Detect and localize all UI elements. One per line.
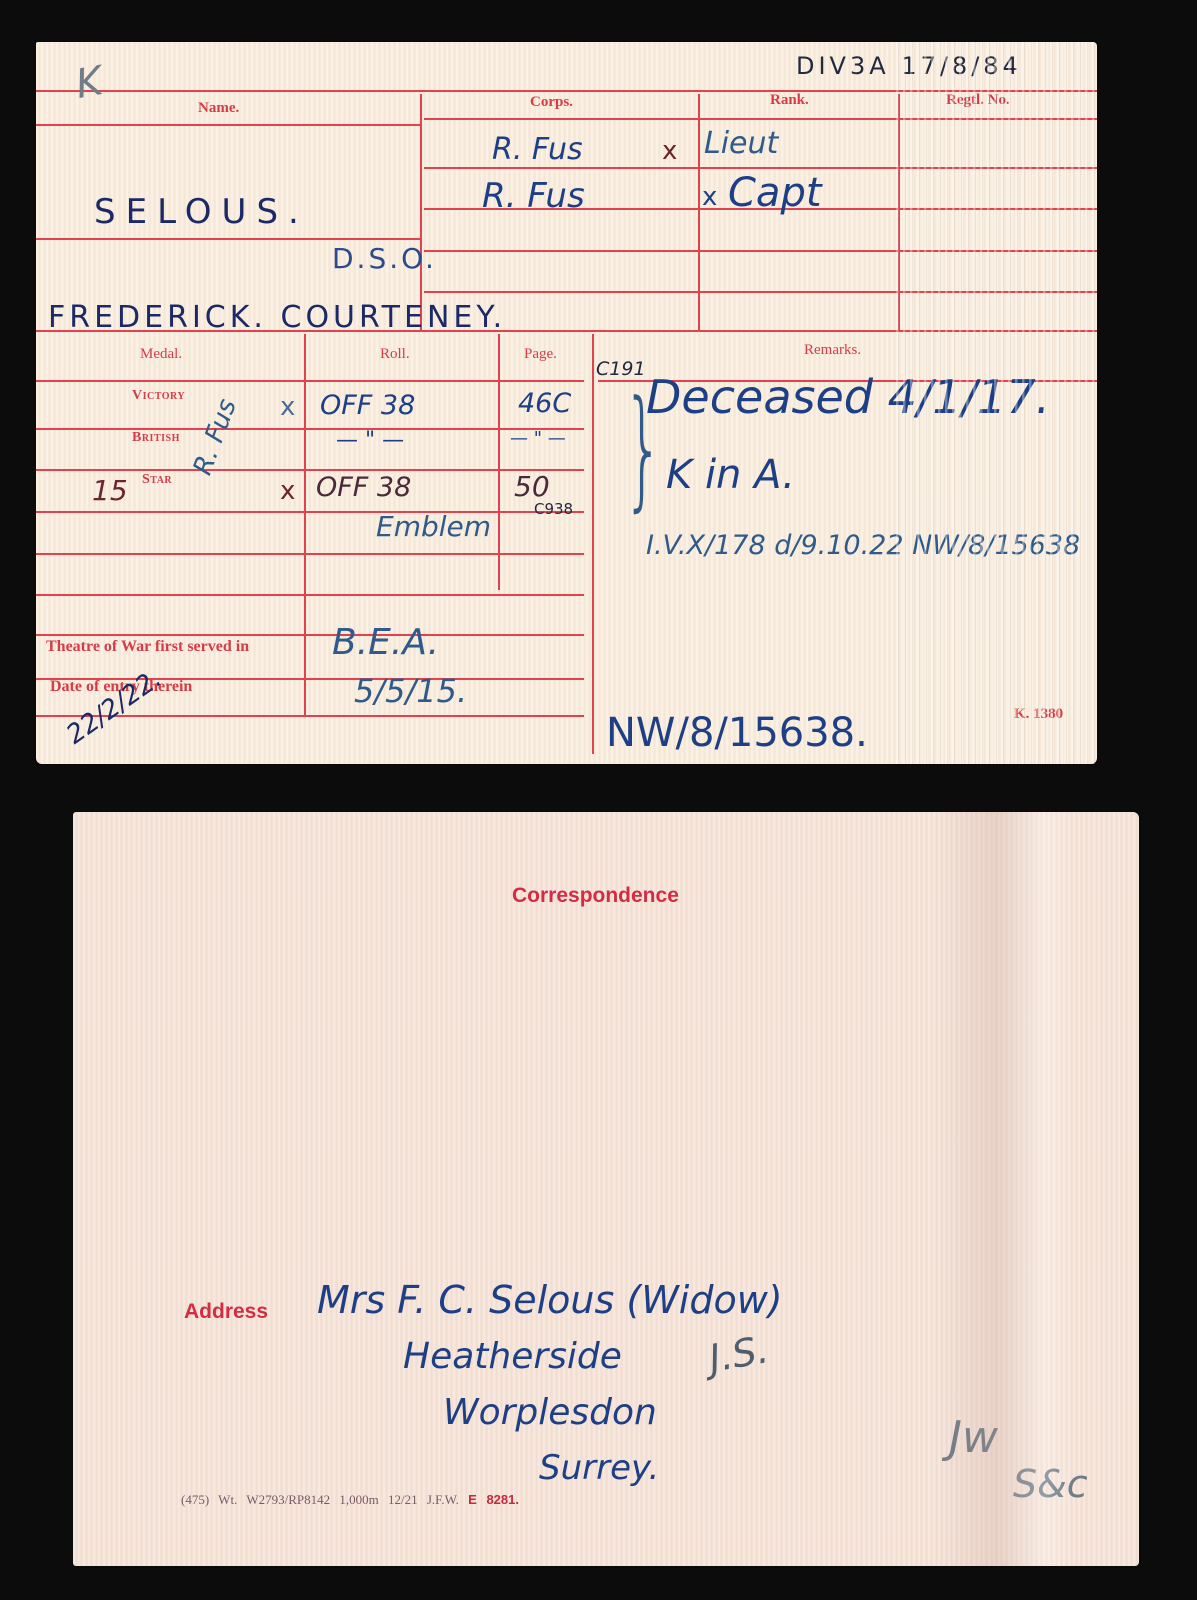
rule-vertical xyxy=(304,334,306,715)
roll-victory: OFF 38 xyxy=(320,390,415,421)
bottom-left-date: 22/2/22. xyxy=(61,664,167,751)
rank-2: Capt xyxy=(728,170,822,216)
surname: SELOUS. xyxy=(94,192,309,232)
theatre-value: B.E.A. xyxy=(332,622,439,663)
entry-date-value: 5/5/15. xyxy=(354,672,467,710)
corps-1: R. Fus xyxy=(492,132,583,167)
address-line-4: Surrey. xyxy=(539,1448,659,1488)
pencil-mark: K xyxy=(72,58,106,108)
address-line-2: Heatherside xyxy=(403,1336,622,1377)
rule xyxy=(36,238,420,240)
medal-label-british: British xyxy=(132,430,180,446)
print-footer-text: (475) Wt. W2793/RP8142 1,000m 12/21 J.F.… xyxy=(181,1492,459,1507)
corps-marker-2: x xyxy=(702,182,717,212)
rule xyxy=(36,90,1097,92)
page-star: 50 xyxy=(514,470,550,503)
emblem-ref: C938 xyxy=(534,500,573,518)
rule xyxy=(36,594,584,596)
medal-index-card-front: Name. Corps. Rank. Regtl. No. Medal. Rol… xyxy=(36,42,1097,764)
rule xyxy=(36,553,584,555)
remarks-deceased: Deceased 4/1/17. xyxy=(646,370,1050,424)
rule xyxy=(36,428,584,430)
medal-marker-star: x xyxy=(280,476,295,506)
rule xyxy=(424,291,1097,293)
print-footer: (475) Wt. W2793/RP8142 1,000m 12/21 J.F.… xyxy=(181,1492,519,1508)
medal-marker-victory: x xyxy=(280,392,295,422)
form-code: K. 1380 xyxy=(1014,706,1063,723)
rule xyxy=(424,167,1097,169)
rule xyxy=(424,118,1097,120)
corps-2: R. Fus xyxy=(482,176,585,216)
header-medal: Medal. xyxy=(140,346,182,363)
rule xyxy=(36,511,584,513)
rule xyxy=(36,380,584,382)
header-rank: Rank. xyxy=(770,92,809,109)
remarks-kia: K in A. xyxy=(666,452,795,498)
roll-star: OFF 38 xyxy=(316,472,411,503)
header-name: Name. xyxy=(198,100,239,117)
star-prefix: 15 xyxy=(92,474,128,507)
rule xyxy=(36,124,420,126)
corps-marker-1: x xyxy=(662,136,677,166)
address-initials: J.S. xyxy=(706,1327,772,1381)
page-british: — " — xyxy=(510,428,566,449)
emblem-note: Emblem xyxy=(376,510,491,543)
theatre-label: Theatre of War first served in xyxy=(46,638,249,656)
address-label: Address xyxy=(184,1300,268,1324)
header-roll: Roll. xyxy=(380,346,410,363)
medal-label-victory: Victory xyxy=(132,388,185,404)
header-corps: Corps. xyxy=(530,94,573,111)
pencil-signature-2: S&c xyxy=(1013,1462,1088,1506)
header-remarks: Remarks. xyxy=(804,342,861,359)
pencil-signature-1: Jw xyxy=(949,1412,998,1463)
remarks-reference: I.V.X/178 d/9.10.22 NW/8/15638 xyxy=(646,530,1080,561)
rule xyxy=(424,250,1097,252)
rule xyxy=(36,469,584,471)
bottom-reference: NW/8/15638. xyxy=(606,710,868,756)
rule-vertical xyxy=(592,334,594,754)
address-line-3: Worplesdon xyxy=(443,1392,657,1433)
forenames: FREDERICK. COURTENEY. xyxy=(48,300,506,335)
rule-vertical xyxy=(698,94,700,330)
roll-british: — " — xyxy=(336,428,404,453)
medal-index-card-back: Correspondence Address Mrs F. C. Selous … xyxy=(73,812,1139,1566)
correspondence-title: Correspondence xyxy=(512,884,679,908)
header-page: Page. xyxy=(524,346,557,363)
address-line-1: Mrs F. C. Selous (Widow) xyxy=(317,1278,783,1322)
rule xyxy=(36,634,584,636)
rank-1: Lieut xyxy=(704,126,778,161)
medal-label-star: Star xyxy=(142,472,172,488)
rule-vertical xyxy=(898,94,900,330)
top-annotation: DIV3A 17/8/84 xyxy=(796,52,1022,80)
medal-margin-note: R. Fus xyxy=(188,395,243,479)
rule-vertical xyxy=(498,334,500,590)
print-footer-code: E 8281. xyxy=(468,1492,519,1507)
header-regtl-no: Regtl. No. xyxy=(946,92,1010,109)
rule-vertical xyxy=(420,94,422,330)
honour: D.S.O. xyxy=(332,242,437,275)
page-victory: 46C xyxy=(518,388,571,419)
